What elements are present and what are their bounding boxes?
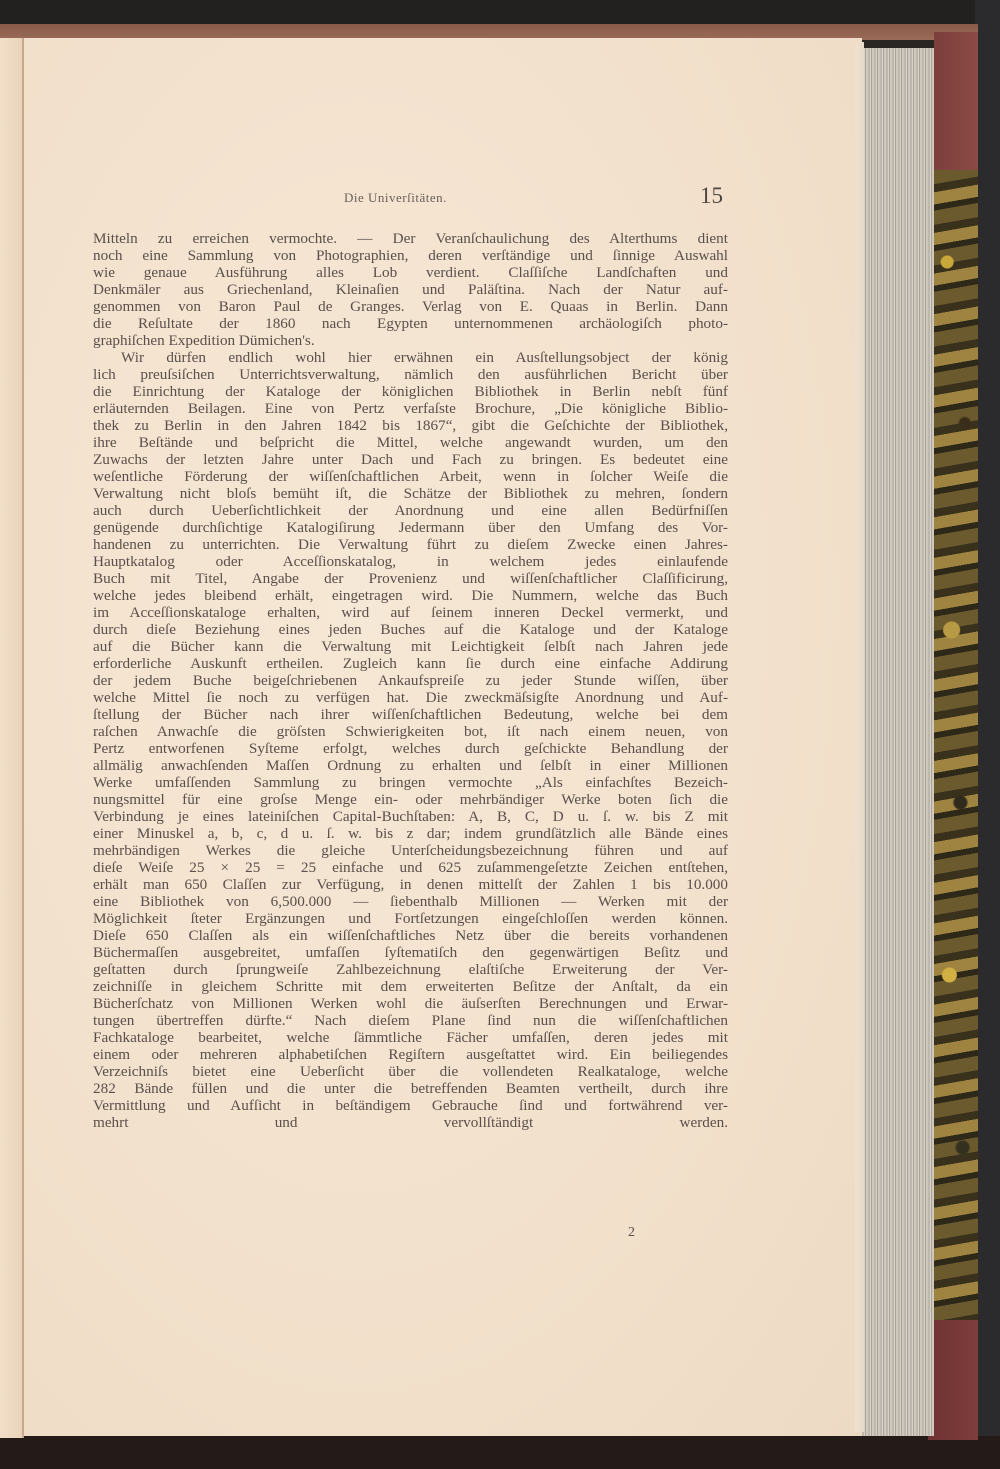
text-line: Wir dürfen endlich wohl hier erwähnen ei… — [93, 349, 728, 366]
text-line: tungen übertreffen dürfte.“ Nach dieſem … — [93, 1012, 728, 1029]
page-number: 15 — [700, 183, 723, 209]
text-line: 282 Bände füllen und die unter die betre… — [93, 1080, 728, 1097]
background-bottom — [0, 1436, 1000, 1469]
text-line: erläuternden Beilagen. Eine von Pertz ve… — [93, 400, 728, 417]
text-line: thek zu Berlin in den Jahren 1842 bis 18… — [93, 417, 728, 434]
text-line: welche jedes bleibend erhält, eingetrage… — [93, 587, 728, 604]
text-line: handenen zu unterrichten. Die Verwaltung… — [93, 536, 728, 553]
text-line: im Acceſſionskataloge erhalten, wird auf… — [93, 604, 728, 621]
book-spine-leather-top — [934, 32, 978, 172]
text-line: Verzeichniſs bietet eine Ueberſicht über… — [93, 1063, 728, 1080]
text-line: mehrbändigen Werkes die gleiche Unterſch… — [93, 842, 728, 859]
text-line: erhält man 650 Claſſen zur Verfügung, in… — [93, 876, 728, 893]
text-line: dieſe Weiſe 25 × 25 = 25 einfache und 62… — [93, 859, 728, 876]
text-line: Mitteln zu erreichen vermochte. — Der Ve… — [93, 230, 728, 247]
text-line: wie genaue Ausführung alles Lob verdient… — [93, 264, 728, 281]
text-line: die Reſultate der 1860 nach Egypten unte… — [93, 315, 728, 332]
text-line: noch eine Sammlung von Photographien, de… — [93, 247, 728, 264]
text-line: Buch mit Titel, Angabe der Provenienz un… — [93, 570, 728, 587]
text-line: auf die Bücher kann die Verwaltung mit L… — [93, 638, 728, 655]
text-line: Verwaltung nicht bloſs bemüht iſt, die S… — [93, 485, 728, 502]
text-line: Hauptkatalog oder Acceſſionskatalog, in … — [93, 553, 728, 570]
page-fore-edge — [855, 42, 864, 1432]
text-line: nungsmittel für eine groſse Menge ein- o… — [93, 791, 728, 808]
text-line: lich preuſsiſchen Unterrichtsverwaltung,… — [93, 366, 728, 383]
text-line: zeichniſſe in gleichem Schritte mit dem … — [93, 978, 728, 995]
text-line: Pertz entworfenen Syſteme erfolgt, welch… — [93, 740, 728, 757]
text-line: Verbindung je eines lateiniſchen Capital… — [93, 808, 728, 825]
running-head: Die Univerſitäten. — [344, 190, 447, 206]
book-spine-leather-bottom — [928, 1320, 978, 1440]
text-line: weſentliche Förderung der wiſſenſchaftli… — [93, 468, 728, 485]
text-line: ihre Beſtände und beſpricht die Mittel, … — [93, 434, 728, 451]
text-line: Fachkataloge bearbeitet, welche ſämmtlic… — [93, 1029, 728, 1046]
facing-page-edge — [0, 38, 22, 1438]
text-line: durch dieſe Beziehung eines jeden Buches… — [93, 621, 728, 638]
text-line: der jedem Buche beigeſchriebenen Ankaufs… — [93, 672, 728, 689]
text-line: Büchermaſſen ausgebreitet, umfaſſen ſyſt… — [93, 944, 728, 961]
text-line: Möglichkeit ſteter Ergänzungen und Fortſ… — [93, 910, 728, 927]
text-line: die Einrichtung der Kataloge der königli… — [93, 383, 728, 400]
text-line: graphiſchen Expedition Dümichen's. — [93, 332, 728, 349]
text-line: erforderliche Auskunft ertheilen. Zuglei… — [93, 655, 728, 672]
text-line: geſtatten durch ſprungweiſe Zahlbezeichn… — [93, 961, 728, 978]
text-line: Vermittlung und Aufſicht in beſtändigem … — [93, 1097, 728, 1114]
text-line: welche Mittel ſie noch zu verfügen hat. … — [93, 689, 728, 706]
text-line: einer Minuskel a, b, c, d u. ſ. w. bis z… — [93, 825, 728, 842]
text-line: raſchen Anwachſe die gröſsten Schwierigk… — [93, 723, 728, 740]
text-line: Dieſe 650 Claſſen als ein wiſſenſchaftli… — [93, 927, 728, 944]
text-line: Bücherſchatz von Millionen Werken wohl d… — [93, 995, 728, 1012]
page-block-edges — [862, 48, 934, 1436]
signature-mark: 2 — [628, 1225, 635, 1241]
text-line: einem oder mehreren alphabetiſchen Regiſ… — [93, 1046, 728, 1063]
book-marbled-board — [934, 170, 978, 1320]
text-line: auch durch Ueberſichtlichkeit der Anordn… — [93, 502, 728, 519]
body-text: Mitteln zu erreichen vermochte. — Der Ve… — [93, 230, 728, 1148]
text-line: Zuwachs der letzten Jahre unter Dach und… — [93, 451, 728, 468]
text-line — [93, 1131, 728, 1148]
background-right — [975, 0, 1000, 1469]
text-line: allmälig anwachſenden Maſſen Ordnung zu … — [93, 757, 728, 774]
text-line: genommen von Baron Paul de Granges. Verl… — [93, 298, 728, 315]
text-line: ſtellung der Bücher nach ihrer wiſſenſch… — [93, 706, 728, 723]
text-line: genügende durchſichtige Katalogiſirung J… — [93, 519, 728, 536]
text-line: Denkmäler aus Griechenland, Kleinaſien u… — [93, 281, 728, 298]
text-line: mehrt und vervollſtändigt werden. — [93, 1114, 728, 1131]
text-line: Werke umfaſſenden Sammlung zu bringen ve… — [93, 774, 728, 791]
text-line: eine Bibliothek von 6,500.000 — ſiebenth… — [93, 893, 728, 910]
